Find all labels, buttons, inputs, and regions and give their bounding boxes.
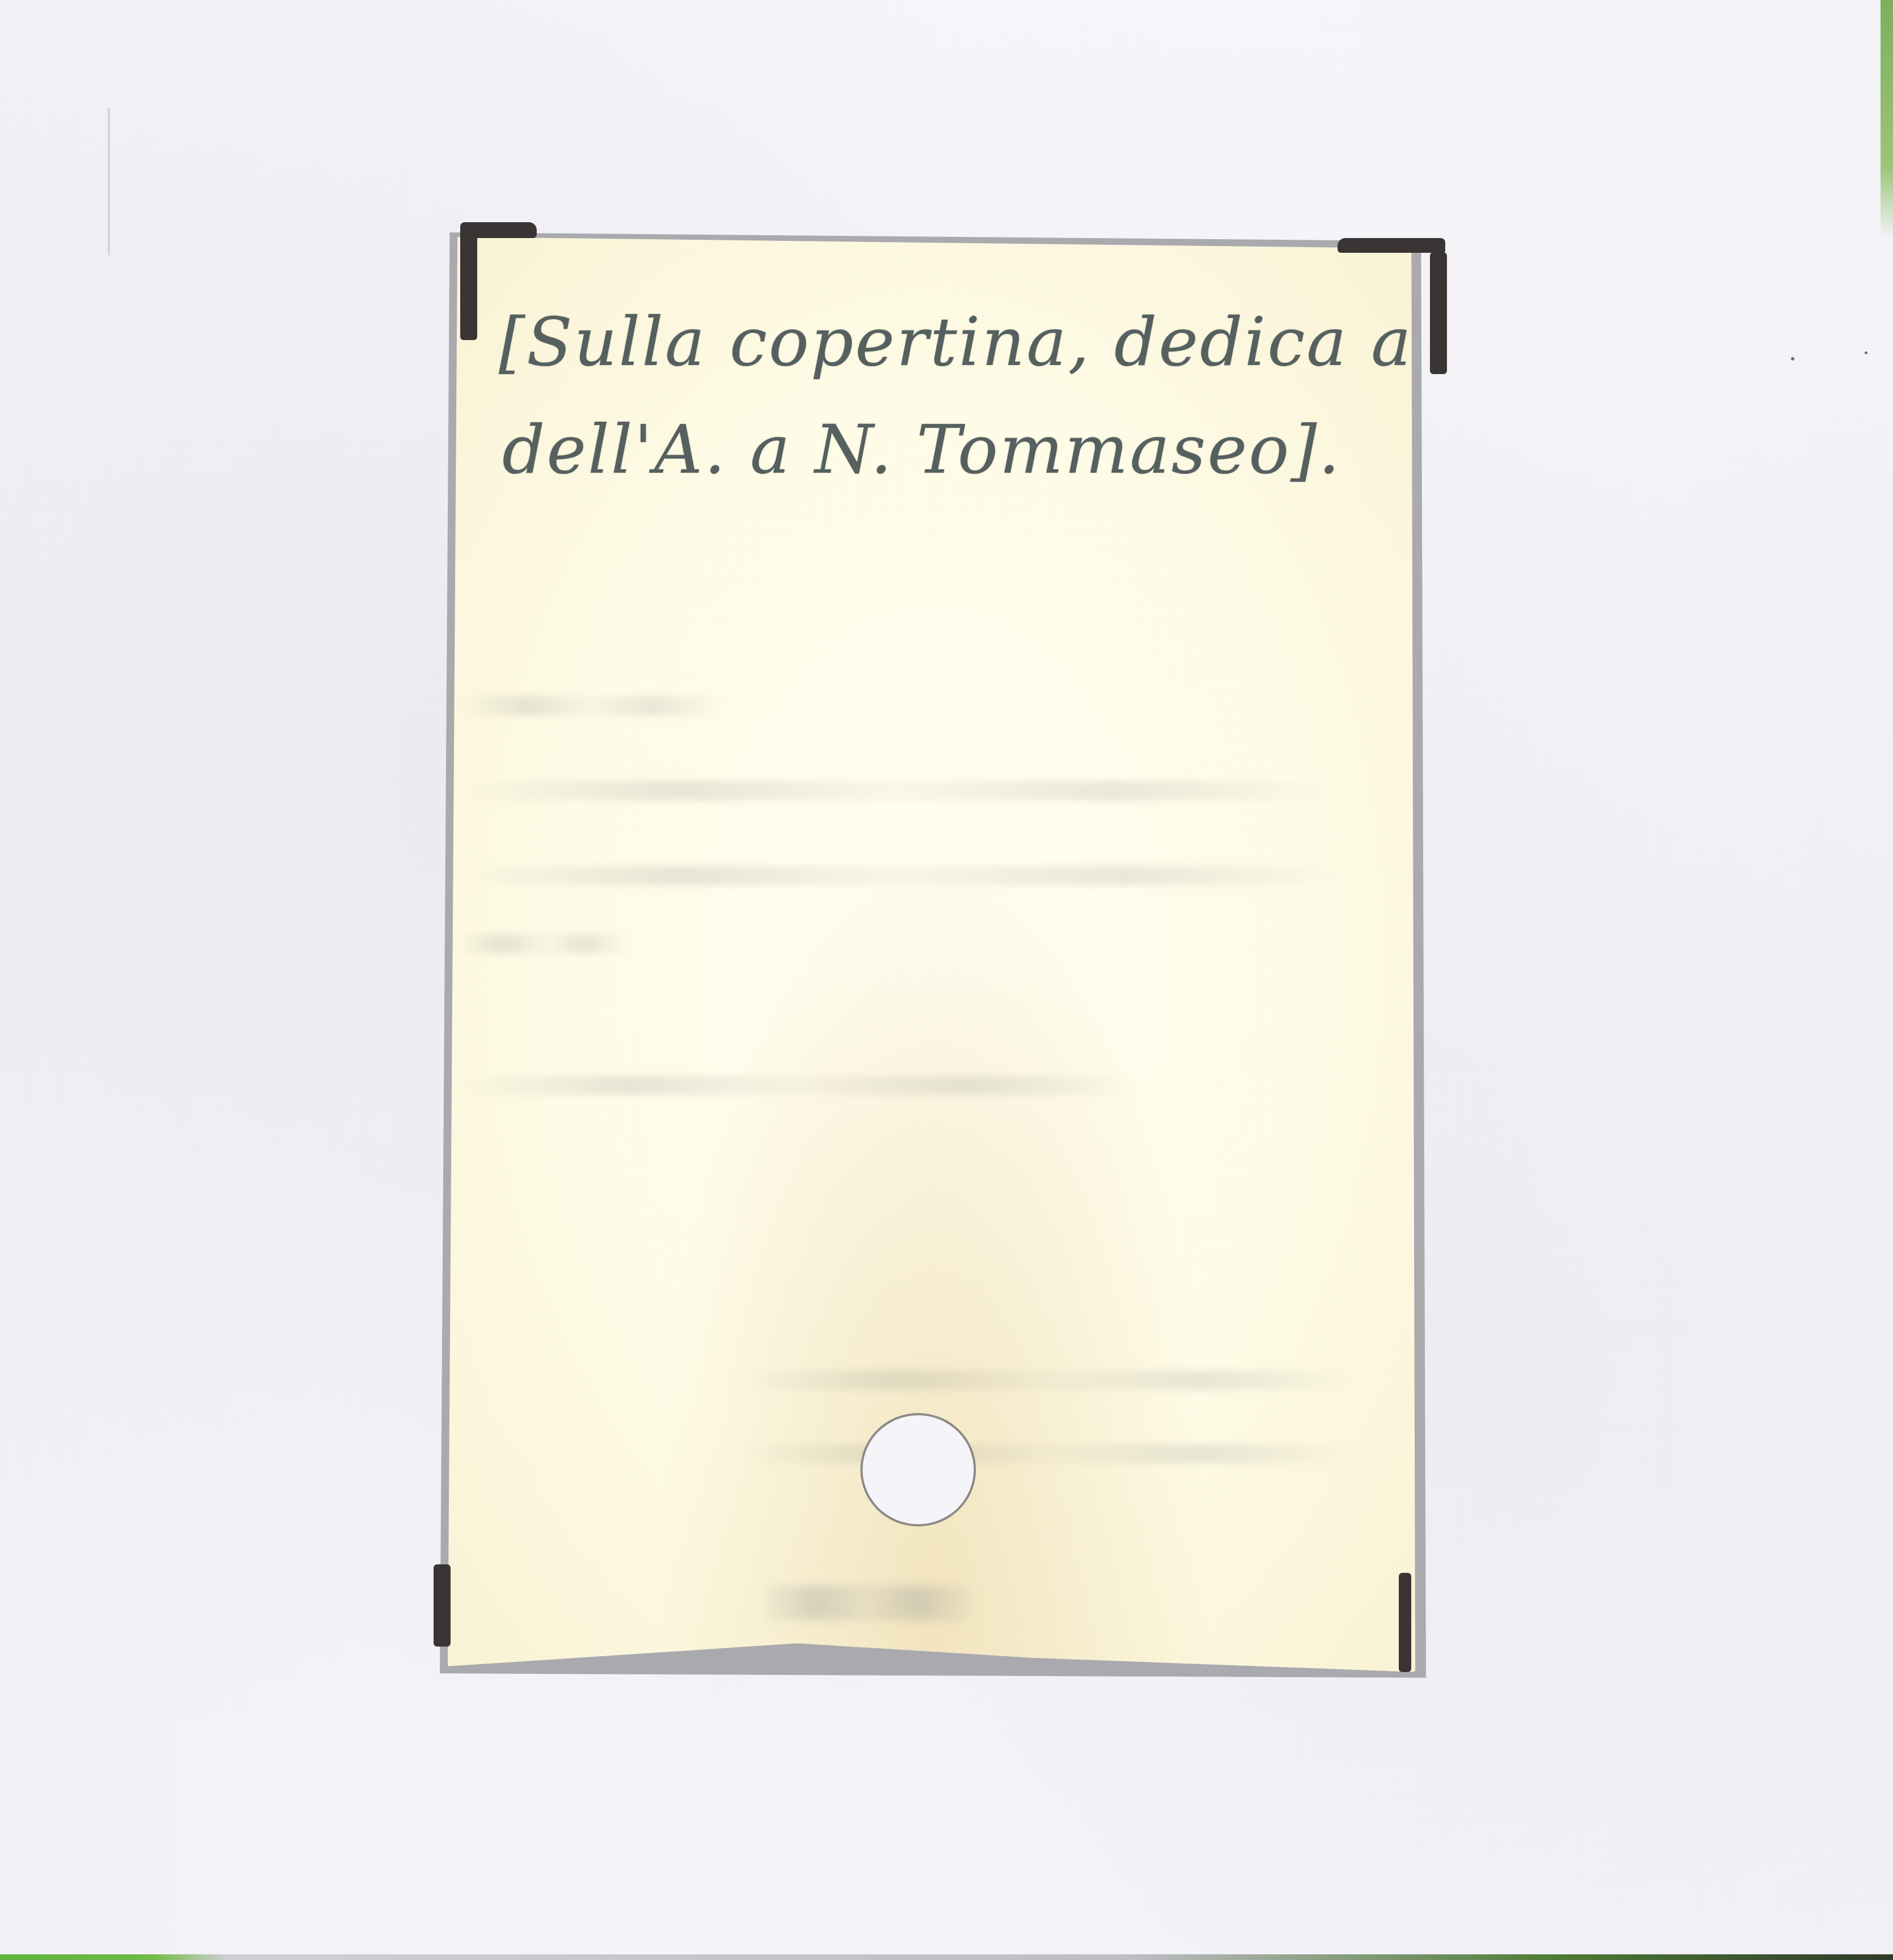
photo-corner-top-left	[460, 222, 537, 238]
photo-corner-top-right	[1430, 252, 1447, 374]
bleed-through-text	[742, 1444, 1355, 1463]
handwritten-note: [Sulla copertina, dedica autogr. dell'A.…	[499, 288, 1394, 503]
photo-corner-top-right	[1338, 238, 1445, 253]
note-line-1: [Sulla copertina, dedica autogr.	[499, 288, 1394, 396]
dust-speck	[1791, 357, 1794, 360]
backing-mark	[57, 873, 65, 1100]
bleed-through-text	[742, 1371, 1355, 1390]
backing-mark	[108, 108, 110, 255]
bleed-through-text	[459, 1076, 1139, 1095]
punch-hole	[860, 1413, 976, 1526]
bleed-through-stamp	[765, 1586, 969, 1620]
photo-corner-bottom-right	[1399, 1573, 1411, 1672]
bleed-through-text	[459, 696, 720, 715]
bleed-through-text	[459, 866, 1343, 885]
note-line-2: dell'A. a N. Tommaseo].	[499, 396, 1394, 503]
edge-bottom	[0, 1954, 1893, 1960]
catalog-card: [Sulla copertina, dedica autogr. dell'A.…	[448, 237, 1419, 1672]
photo-corner-bottom-left	[434, 1564, 451, 1647]
dust-speck	[1865, 351, 1867, 354]
bleed-through-text	[459, 934, 629, 953]
green-edge-right	[1881, 0, 1893, 238]
bleed-through-text	[459, 781, 1332, 800]
photo-corner-top-left	[460, 227, 477, 340]
